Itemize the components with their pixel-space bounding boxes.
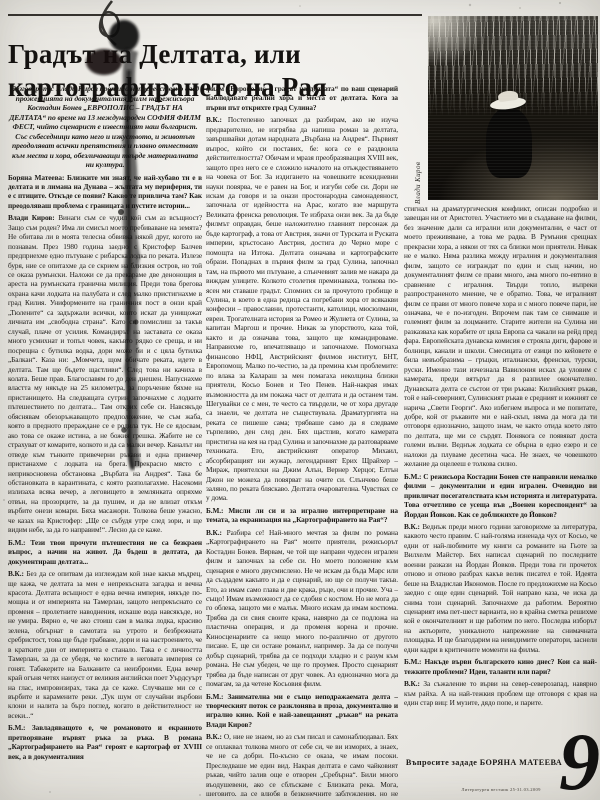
interviewee-photo — [428, 16, 598, 200]
footer-imprint: Литературен вестник 25-31.03.2009 — [436, 787, 566, 792]
newspaper-page: Градът на Делтата, или картографирането … — [0, 0, 600, 800]
lead-paragraph: Разговорът с Влади Киров протича непосре… — [8, 84, 202, 170]
question: Б.М.: Тези твои прочути пътешествия не с… — [8, 538, 202, 566]
question-continued: филм „Европолис – градът на делтата“ по … — [206, 84, 398, 112]
answer-text: Веднъж преди много години заговорихме за… — [404, 522, 597, 654]
question: Б.М.: С режисьора Костадин Бонев сте нап… — [404, 472, 597, 519]
question: Боряна Матеева: Близките ми знаят, че на… — [8, 173, 202, 211]
question: Б.М.: Завладяващото е, че романовото и е… — [8, 723, 202, 761]
photo-caption: Влади Киров — [414, 138, 425, 204]
answer-text: Винаги съм се чудил кой съм аз всъщност?… — [8, 213, 202, 534]
headline-rule — [8, 14, 422, 16]
answer-text: Без да се опитвам да изглеждам кой знае … — [8, 569, 202, 720]
answer: В.К.: Постепенно започнах да разбирам, а… — [206, 115, 398, 503]
answer-text: Разбира се! Най-много мечтая за филм по … — [206, 528, 398, 688]
column-2: филм „Европолис – градът на делтата“ по … — [206, 84, 398, 796]
answer: В.К.: За съжаление то върви на север-сев… — [404, 679, 597, 707]
speaker-initials: В.К.: — [404, 522, 420, 531]
column-3: стигнал на драматургическия конфликт, оп… — [404, 204, 597, 760]
speaker-initials: Влади Киров: — [8, 213, 55, 222]
question: Б.М.: Накъде върви българското кино днес… — [404, 657, 597, 676]
answer-text: О, ние не знаем, но аз съм писал и самон… — [206, 732, 398, 796]
speaker-initials: В.К.: — [206, 732, 222, 741]
speaker-initials: В.К.: — [206, 528, 222, 537]
answer: В.К.: Веднъж преди много години заговори… — [404, 522, 597, 654]
answer: В.К.: Разбира се! Най-много мечтая за фи… — [206, 528, 398, 689]
answer: В.К.: Без да се опитвам да изглеждам кой… — [8, 569, 202, 720]
answer-text: За съжаление то върви на север-северозап… — [404, 679, 597, 707]
speaker-initials: В.К.: — [404, 679, 420, 688]
column-1: Разговорът с Влади Киров протича непосре… — [8, 84, 202, 796]
question: Б.М.: Мисли ли си и за игрално интерпрет… — [206, 506, 398, 525]
answer-text: Постепенно започнах да разбирам, ако не … — [206, 115, 398, 502]
answer: Влади Киров: Винаги съм се чудил кой съм… — [8, 213, 202, 534]
answer-continued: стигнал на драматургическия конфликт, оп… — [404, 204, 597, 469]
headline-line1: Градът на Делтата, или — [8, 38, 408, 71]
speaker-initials: В.К.: — [8, 569, 24, 578]
photo-grain — [428, 16, 598, 200]
question: Б.М.: Занимателна ми е също неподражаема… — [206, 692, 398, 730]
answer: В.К.: О, ние не знаем, но аз съм писал и… — [206, 732, 398, 796]
speaker-initials: В.К.: — [206, 115, 222, 124]
